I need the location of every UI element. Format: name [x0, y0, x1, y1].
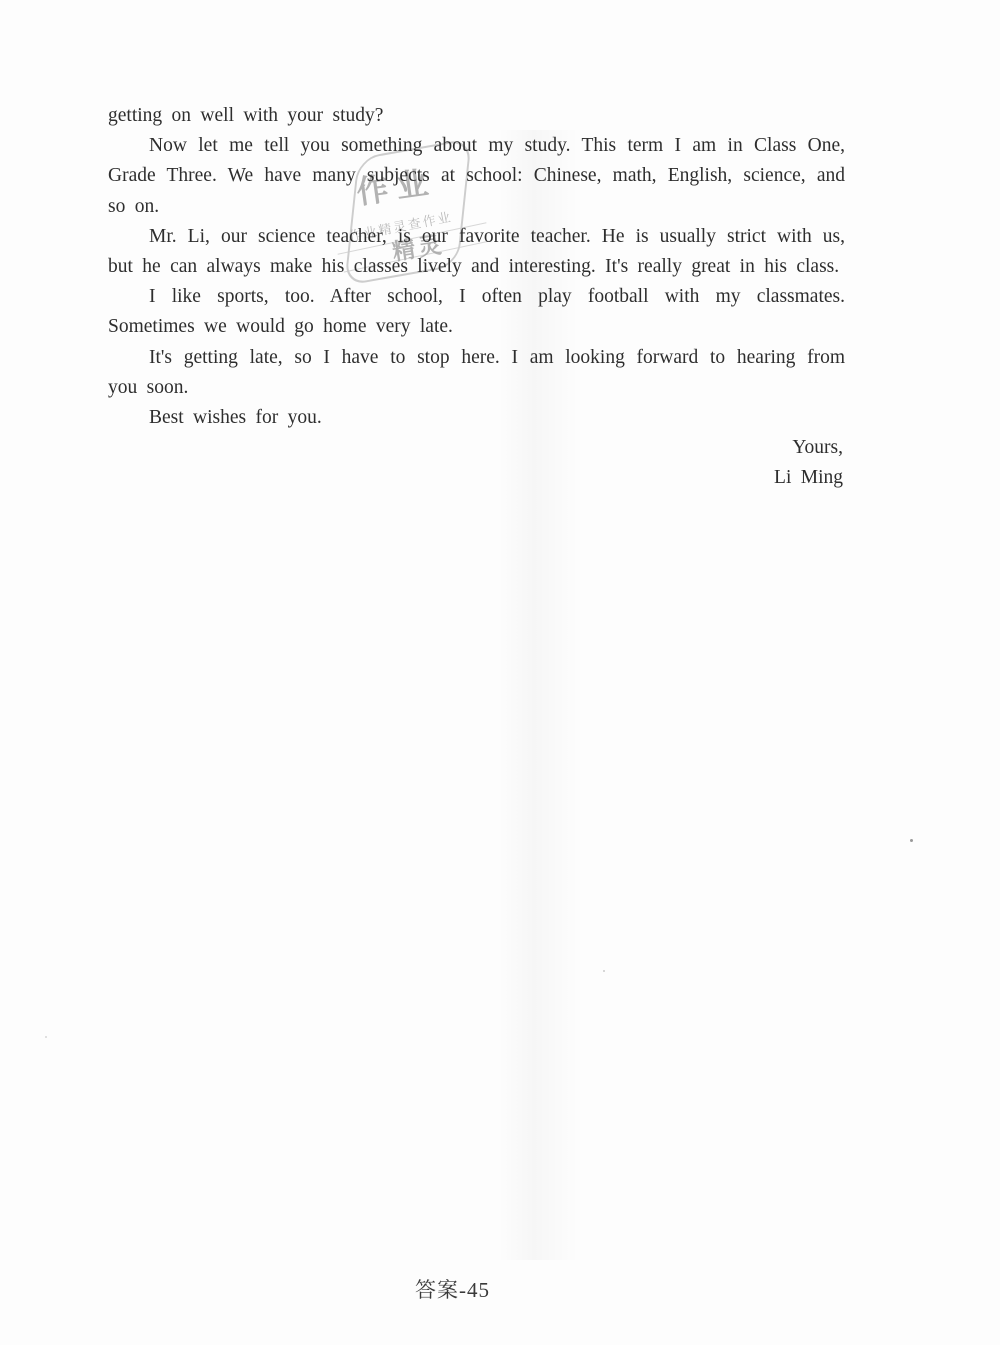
letter-paragraph: I like sports, too. After school, I ofte…	[108, 282, 845, 342]
letter-paragraph: Best wishes for you.	[108, 403, 845, 433]
letter-signature: Li Ming	[108, 463, 843, 493]
page-number: 答案-45	[415, 1274, 490, 1304]
letter-paragraph: It's getting late, so I have to stop her…	[108, 343, 845, 403]
letter-body: getting on well with your study? Now let…	[108, 101, 845, 494]
letter-continuation-line: getting on well with your study?	[108, 101, 845, 131]
scanned-answer-page: 作业 作业精灵查作业 精灵 getting on well with your …	[0, 0, 1000, 1345]
letter-paragraph: Now let me tell you something about my s…	[108, 131, 845, 222]
scan-speck	[45, 1036, 47, 1038]
letter-closing: Yours,	[108, 433, 843, 463]
scan-speck	[910, 839, 913, 842]
scan-speck	[603, 970, 605, 972]
letter-paragraph: Mr. Li, our science teacher, is our favo…	[108, 222, 845, 282]
